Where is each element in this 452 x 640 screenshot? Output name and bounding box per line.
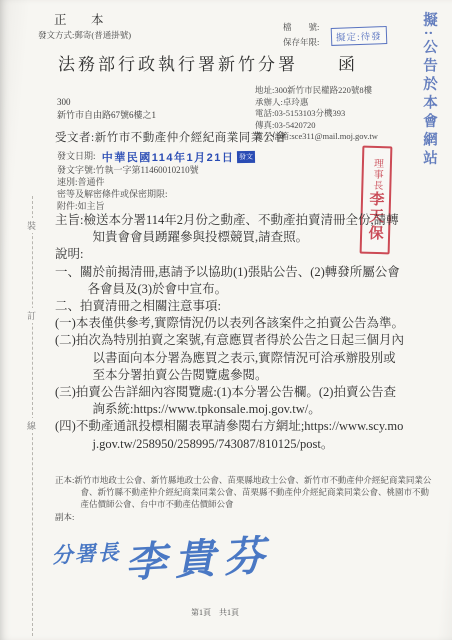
binding-line [32,196,33,636]
explanation-item-1: 一、關於前揭清冊,惠請予以協助(1)張貼公告、(2)轉發所屬公會各會員及(3)於… [55,264,405,298]
subitem-1-label: (一) [55,316,76,330]
subitem-4-label: (四) [55,419,76,433]
signature-name: 李貴芬 [124,532,273,586]
subitem-1-text: 本表僅供參考,實際情況仍以表列各該案件之拍賣公告為準。 [76,316,404,330]
item-2-text: 拍賣清冊之相關注意事項: [80,299,221,313]
binding-mark-zhuang: 裝 [27,218,36,233]
recipient-postal-code: 300 [57,97,71,107]
page-title: 法務部行政執行署新竹分署 函 [58,50,358,75]
delivery-method: 發文方式:郵寄(普通掛號) [38,29,131,41]
original-recipients: 正本:新竹市地政士公會、新竹縣地政士公會、苗栗縣地政士公會、新竹市不動產仲介經紀… [55,474,433,510]
original-label: 正本: [55,475,74,485]
agency-contact-person: 承辦人:卓玲惠 [255,97,378,109]
explanation-subitem-1: (一)本表僅供參考,實際情況仍以表列各該案件之拍賣公告為準。 [55,315,405,332]
binding-mark-ding: 訂 [27,308,36,323]
signature-title: 分署長 [51,540,121,568]
director-signature: 分署長 李貴芬 [51,522,274,592]
retention-label: 保存年限: [283,35,319,50]
agency-phone: 電話:03-5153103分機393 [255,108,378,120]
scanned-official-letter: 正 本 發文方式:郵寄(普通掛號) 檔 號: 保存年限: 擬定:待發 法務部行政… [0,0,452,640]
explanation-subitem-4: (四)不動產通訊投標相關表單請參閱右方網址;https://www.scy.mo… [55,418,405,452]
subitem-2-text: 拍次為特別拍賣之案號,有意應買者得於公告之日起三個月內以書面向本分署為應買之表示… [76,333,404,381]
subject-label: 主旨: [55,213,83,227]
subitem-3-label: (三) [55,385,76,399]
item-1-text: 關於前揭清冊,惠請予以協助(1)張貼公告、(2)轉發所屬公會各會員及(3)於會中… [80,265,400,296]
agency-address: 地址:300新竹市民權路220號8樓 [255,85,378,97]
subject-text: 檢送本分署114年2月份之動產、不動產拍賣清冊全份,請轉知貴會會員踴躍參與投標競… [83,213,398,244]
subitem-3-text: 拍賣公告詳細內容閱覽處:(1)本分署公告欄。(2)拍賣公告查詢系統:https:… [76,385,396,416]
item-1-label: 一、 [55,265,80,279]
copy-recipients: 副本: [55,511,74,523]
binding-mark-xian: 線 [27,418,36,433]
file-number-label: 檔 號: [283,20,319,35]
page-number: 第1頁 共1頁 [0,607,430,618]
subject-paragraph: 主旨:檢送本分署114年2月份之動產、不動產拍賣清冊全份,請轉知貴會會員踴躍參與… [55,212,405,246]
dispatch-date-label: 發文日期: [57,151,96,161]
item-2-label: 二、 [55,299,80,313]
subitem-2-label: (二) [55,333,76,347]
retention-stamp: 擬定:待發 [331,26,387,46]
attachment-note: 附件:如主旨 [57,199,105,212]
explanation-item-2: 二、拍賣清冊之相關注意事項: [55,298,405,315]
dispatch-stamp-box: 發文 [237,151,255,163]
explanation-subitem-2: (二)拍次為特別拍賣之案號,有意應買者得於公告之日起三個月內以書面向本分署為應買… [55,332,405,384]
letter-body: 主旨:檢送本分署114年2月份之動產、不動產拍賣清冊全份,請轉知貴會會員踴躍參與… [55,212,405,453]
subitem-4-text: 不動產通訊投標相關表單請參閱右方網址;https://www.scy.moj.g… [76,419,404,450]
explanation-subitem-3: (三)拍賣公告詳細內容閱覽處:(1)本分署公告欄。(2)拍賣公告查詢系統:htt… [55,384,405,418]
recipient-line: 受文者:新竹市不動產仲介經紀商業同業公會 [55,129,287,145]
original-text: 新竹市地政士公會、新竹縣地政士公會、苗栗縣地政士公會、新竹市不動產仲介經紀商業同… [74,475,431,509]
copy-type-label: 正 本 [54,10,110,28]
file-retention-labels: 檔 號: 保存年限: [283,20,319,50]
explanation-heading: 說明: [55,246,405,263]
handwritten-margin-note: 擬:公告於本會網站 [419,12,440,272]
chairman-stamp-title: 理事長 [371,158,383,191]
recipient-address: 新竹市自由路67號6樓之1 [57,108,156,121]
